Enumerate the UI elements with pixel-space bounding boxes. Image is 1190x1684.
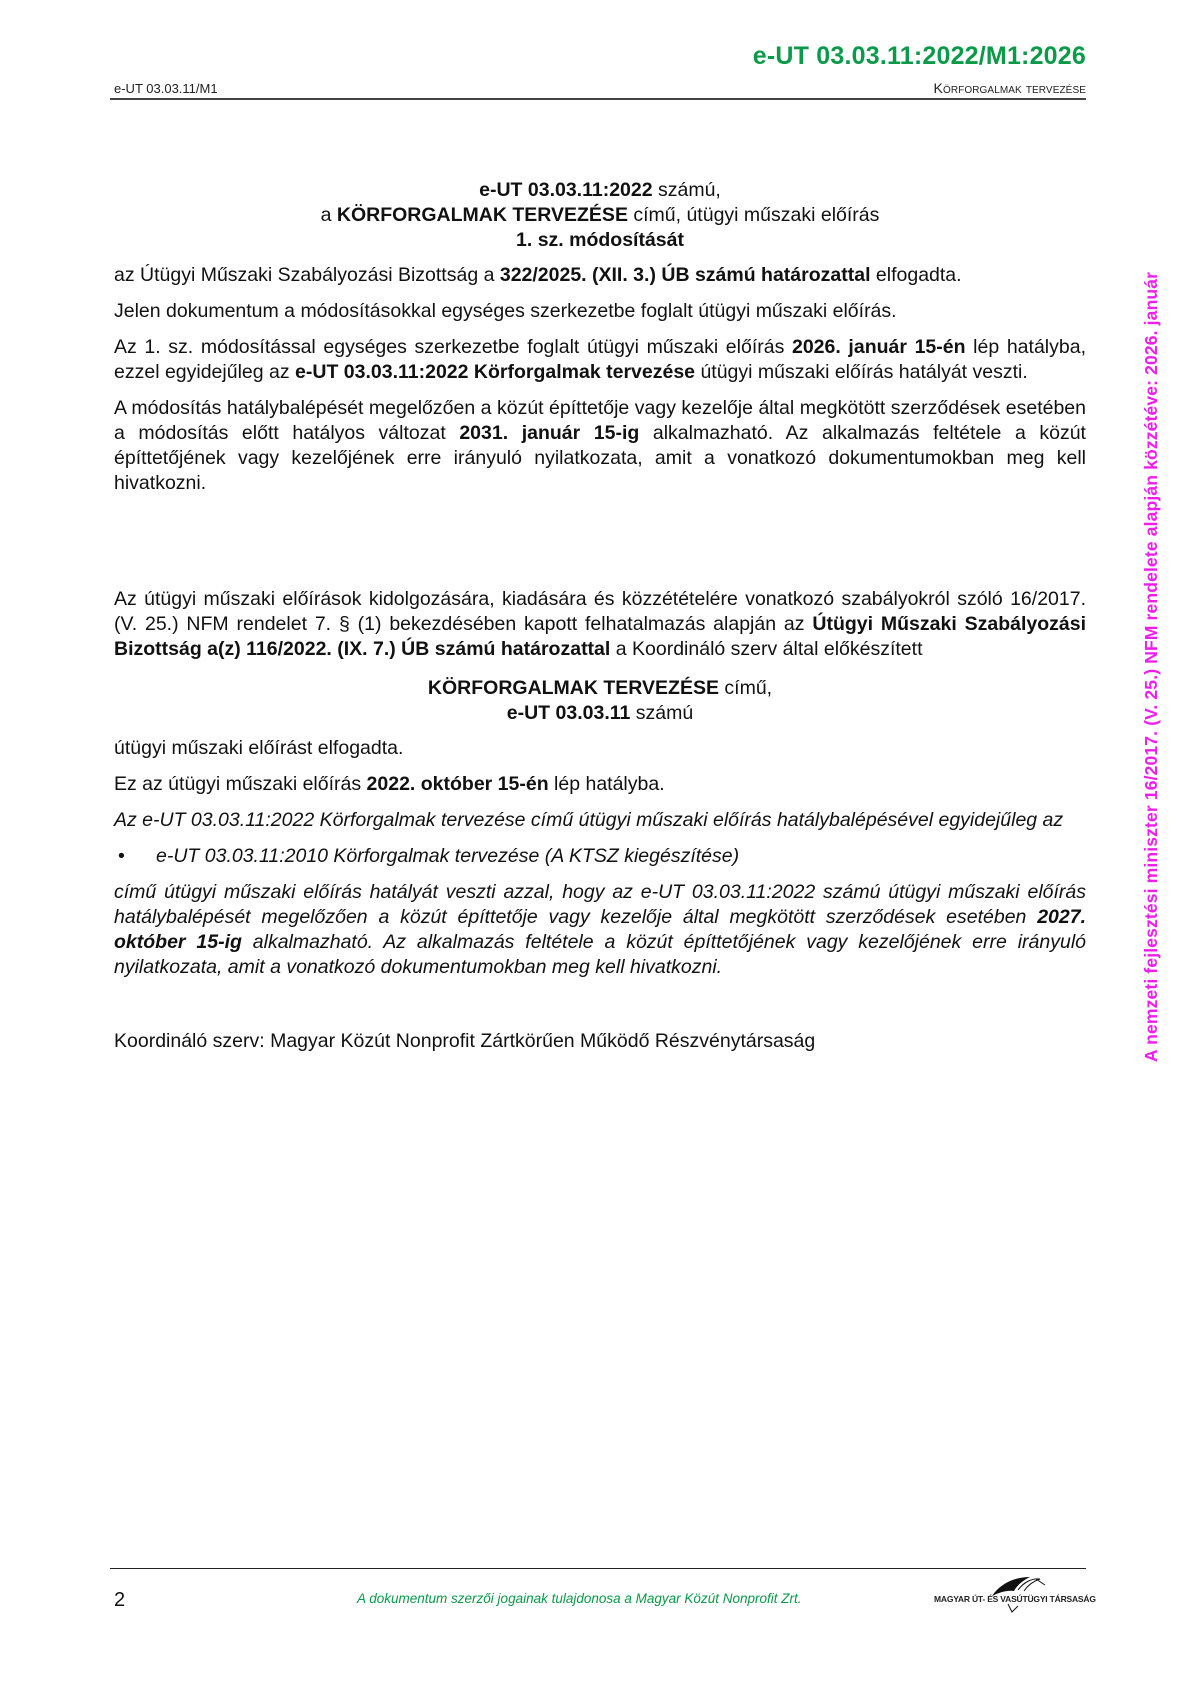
header-divider: [110, 98, 1086, 100]
paragraph-authority: Az útügyi műszaki előírások kidolgozásár…: [114, 587, 1086, 662]
text: a Koordi­náló szerv által előkészített: [610, 638, 922, 660]
page-number: 2: [114, 1589, 125, 1612]
text: című útügyi műszaki előírás hatályát ves…: [114, 881, 1086, 928]
text-bold: 2031. január 15-ig: [459, 422, 639, 444]
text-bold: 322/2025. (XII. 3.) ÚB számú határozatta…: [500, 264, 871, 286]
text: Ez az útügyi műszaki előírás: [114, 773, 367, 795]
paragraph-consolidated: Jelen dokumentum a módosításokkal egység…: [114, 299, 1086, 324]
title-amendment: 1. sz. módosítását: [516, 229, 684, 251]
document-body: e-UT 03.03.11:2022 számú, a KÖRFORGALMAK…: [114, 178, 1086, 1065]
text-bold: KÖRFORGALMAK TERVEZÉSE: [428, 677, 719, 699]
paragraph-supersedes: Az e-UT 03.03.11:2022 Körforgalmak terve…: [114, 808, 1086, 833]
paragraph-coordinator: Koordináló szerv: Magyar Közút Nonprofit…: [114, 1029, 1086, 1054]
text: című,: [719, 677, 772, 699]
logo-text: MAGYAR ÚT- ÉS VASÚTÜGYI TÁRSASÁG: [934, 1594, 1096, 1604]
spacer: [114, 991, 1086, 1029]
title-line-3: 1. sz. módosítását: [114, 228, 1086, 253]
header-left-label: e-UT 03.03.11/M1: [114, 81, 218, 96]
text-bold: e-UT 03.03.11: [507, 702, 631, 724]
list-item: • e-UT 03.03.11:2010 Körforgalmak tervez…: [114, 844, 1086, 869]
text-bold: 2026. január 15-én: [792, 336, 966, 358]
text: útügyi műszaki előírás hatályát veszti.: [695, 361, 1028, 383]
paragraph-effective-date: Az 1. sz. módosítással egységes szerkeze…: [114, 335, 1086, 385]
text: lép hatályba.: [549, 773, 665, 795]
title-line-2-pre: a: [321, 204, 337, 226]
title-line-2-rest: című, útügyi műszaki előírás: [628, 204, 879, 226]
text: Az 1. sz. módosítással egységes szerkeze…: [114, 336, 792, 358]
text: elfogadta.: [871, 264, 962, 286]
title-line-1: e-UT 03.03.11:2022 számú,: [114, 178, 1086, 203]
title-code: e-UT 03.03.11:2022: [479, 179, 652, 201]
text: alkalmazható. Az alkalmazás feltétele a …: [114, 931, 1086, 978]
spacer: [114, 507, 1086, 587]
paragraph-accepted: útügyi műszaki előírást elfogadta.: [114, 736, 1086, 761]
bullet-icon: •: [118, 844, 125, 869]
copyright-notice: A dokumentum szerzői jogainak tulajdonos…: [357, 1591, 801, 1606]
list-item-text: e-UT 03.03.11:2010 Körforgalmak tervezés…: [156, 845, 739, 867]
title-line-2: a KÖRFORGALMAK TERVEZÉSE című, útügyi mű…: [114, 203, 1086, 228]
title-block: e-UT 03.03.11:2022 számú, a KÖRFORGALMAK…: [114, 178, 1086, 253]
paragraph-supersedes-condition: című útügyi műszaki előírás hatályát ves…: [114, 880, 1086, 980]
publisher-logo: MAGYAR ÚT- ÉS VASÚTÜGYI TÁRSASÁG: [934, 1574, 1089, 1614]
center-title-line-1: KÖRFORGALMAK TERVEZÉSE című,: [114, 676, 1086, 701]
title-name: KÖRFORGALMAK TERVEZÉSE: [337, 204, 628, 226]
side-publication-note: A nemzeti fejlesztési miniszter 16/2017.…: [1141, 272, 1162, 1062]
text-bold: 2022. október 15-én: [367, 773, 549, 795]
title-line-1-rest: számú,: [653, 179, 721, 201]
standard-code: e-UT 03.03.11:2022/M1:2026: [753, 42, 1086, 71]
paragraph-approval: az Útügyi Műszaki Szabályozási Bizottság…: [114, 263, 1086, 288]
paragraph-transition: A módosítás hatálybalépését megelőzően a…: [114, 396, 1086, 496]
text: az Útügyi Műszaki Szabályozási Bizottság…: [114, 264, 500, 286]
text: számú: [630, 702, 693, 724]
paragraph-original-effective: Ez az útügyi műszaki előírás 2022. októb…: [114, 772, 1086, 797]
text-bold: e-UT 03.03.11:2022 Körforgalmak tervezés…: [295, 361, 695, 383]
center-title-line-2: e-UT 03.03.11 számú: [114, 701, 1086, 726]
footer-divider: [110, 1568, 1086, 1569]
header-right-label: Körforgalmak tervezése: [934, 80, 1087, 96]
center-title-block: KÖRFORGALMAK TERVEZÉSE című, e-UT 03.03.…: [114, 676, 1086, 726]
